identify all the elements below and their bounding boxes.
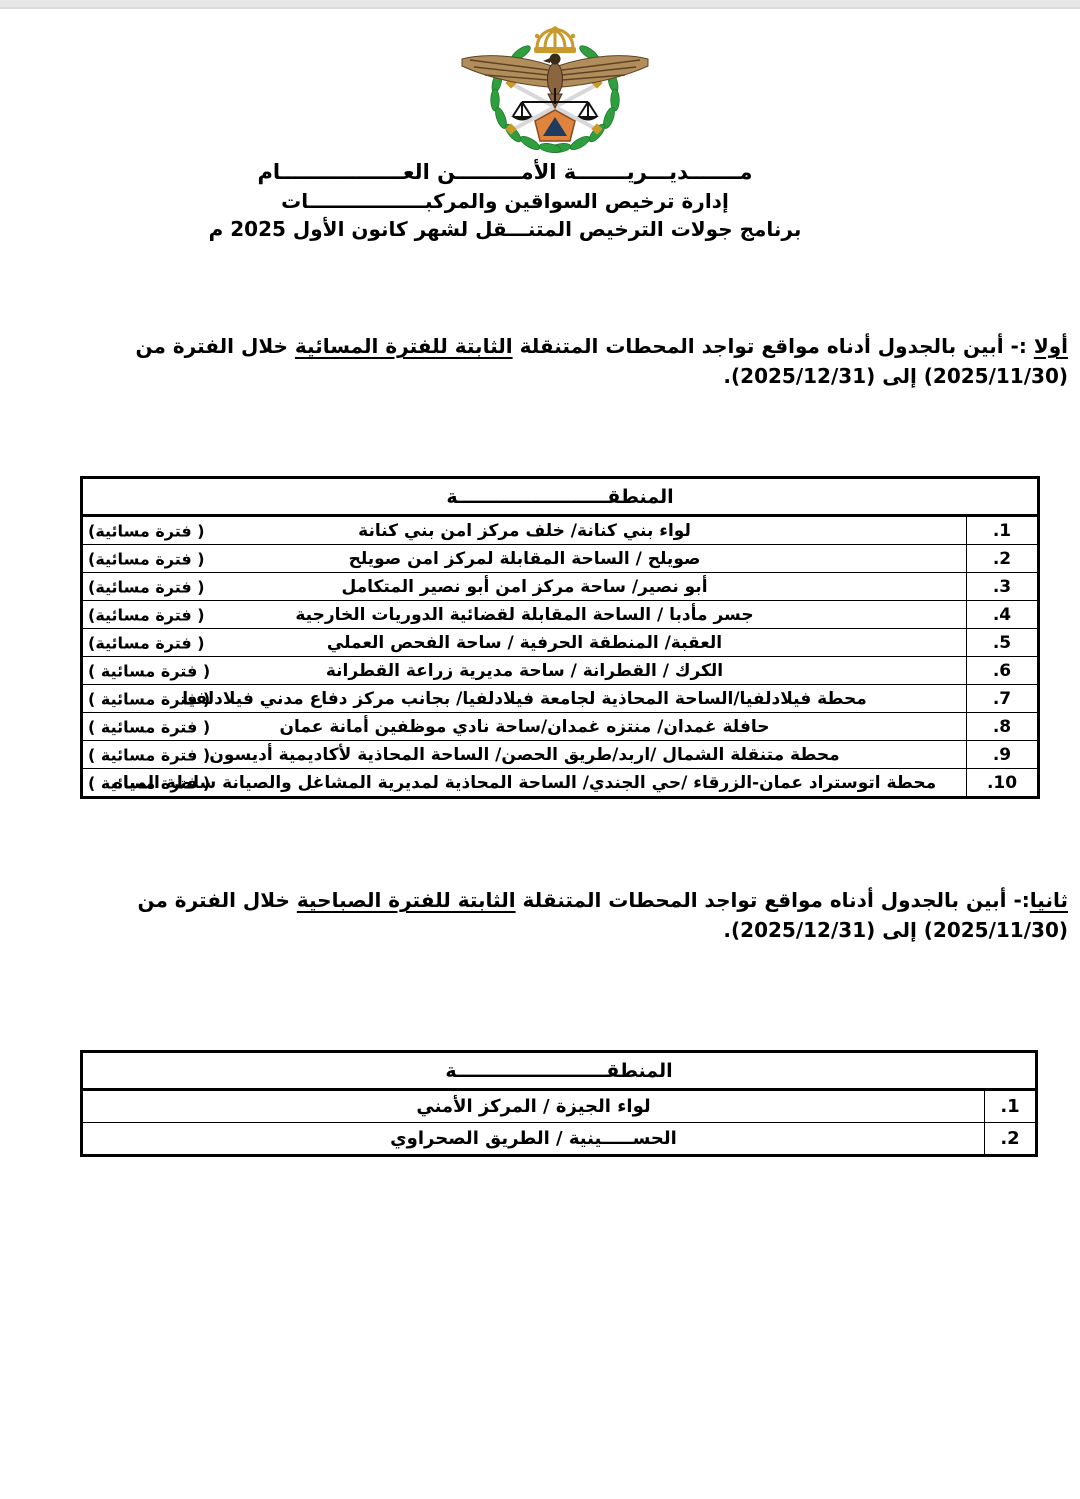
period-label: ( فترة مسائية) — [88, 605, 205, 624]
region-cell: صويلح / الساحة المقابلة لمركز امن صويلح(… — [82, 545, 967, 573]
region-cell: حافلة غمدان/ منتزه غمدان/ساحة نادي موظفي… — [82, 713, 967, 741]
evening-stations-table: المنطقـــــــــــــــــــــــة .1 لواء ب… — [80, 476, 1040, 799]
row-number: .2 — [985, 1123, 1037, 1156]
table-row: .4 جسر مأدبا / الساحة المقابلة لقضائية ا… — [82, 601, 1039, 629]
scan-top-edge — [0, 0, 1080, 9]
period-label: ( فترة مسائية) — [88, 521, 205, 540]
table-row: .6 الكرك / القطرانة / ساحة مديرية زراعة … — [82, 657, 1039, 685]
region-cell: الحســـــينية / الطريق الصحراوي — [82, 1123, 985, 1156]
table-row: .8 حافلة غمدان/ منتزه غمدان/ساحة نادي مو… — [82, 713, 1039, 741]
row-number: .3 — [967, 573, 1039, 601]
row-number: .10 — [967, 769, 1039, 798]
period-label: ( فترة مسائية) — [88, 577, 205, 596]
period-label: ( فترة مسائية ) — [88, 717, 210, 736]
period-label: ( فترة مسائية) — [88, 549, 205, 568]
period-label: ( فترة مسائية ) — [88, 773, 210, 792]
psd-emblem-icon — [450, 26, 660, 156]
intro-text-before: أبين بالجدول أدناه مواقع تواجد المحطات ا… — [513, 334, 1004, 358]
section-morning-heading: ثانيا — [1030, 888, 1068, 912]
document-header: مـــــــديـــريـــــــة الأمـــــــــن ا… — [0, 158, 1010, 243]
period-label: ( فترة مسائية) — [88, 633, 205, 652]
row-number: .9 — [967, 741, 1039, 769]
table-header-row: المنطقـــــــــــــــــــــــة — [82, 478, 1039, 516]
region-cell: محطة اتوستراد عمان-الزرقاء /حي الجندي/ ا… — [82, 769, 967, 798]
region-text: أبو نصير/ ساحة مركز امن أبو نصير المتكام… — [341, 577, 707, 597]
region-cell: جسر مأدبا / الساحة المقابلة لقضائية الدو… — [82, 601, 967, 629]
region-cell: محطة متنقلة الشمال /اربد/طريق الحصن/ الس… — [82, 741, 967, 769]
row-number: .8 — [967, 713, 1039, 741]
region-column-header: المنطقـــــــــــــــــــــــة — [82, 1052, 1037, 1090]
region-text: لواء بني كنانة/ خلف مركز امن بني كنانة — [358, 521, 691, 541]
intro-text-before: أبين بالجدول أدناه مواقع تواجد المحطات ا… — [516, 888, 1007, 912]
heading-separator: :- — [1007, 888, 1030, 912]
region-text: حافلة غمدان/ منتزه غمدان/ساحة نادي موظفي… — [280, 717, 770, 737]
row-number: .7 — [967, 685, 1039, 713]
table-row: .5 العقبة/ المنطقة الحرفية / ساحة الفحص … — [82, 629, 1039, 657]
row-number: .6 — [967, 657, 1039, 685]
header-program-line: برنامج جولات الترخيص المتنـــقل لشهر كان… — [0, 215, 1010, 243]
region-cell: أبو نصير/ ساحة مركز امن أبو نصير المتكام… — [82, 573, 967, 601]
region-text: لواء الجيزة / المركز الأمني — [416, 1096, 650, 1117]
region-text: العقبة/ المنطقة الحرفية / ساحة الفحص الع… — [327, 633, 722, 653]
intro-underlined-phrase: الثابتة للفترة الصباحية — [297, 888, 516, 912]
period-label: ( فترة مسائية ) — [88, 689, 210, 708]
section-evening-heading: أولا — [1034, 334, 1068, 358]
period-label: ( فترة مسائية ) — [88, 661, 210, 680]
table-header-row: المنطقـــــــــــــــــــــــة — [82, 1052, 1037, 1090]
table-row: .2 صويلح / الساحة المقابلة لمركز امن صوي… — [82, 545, 1039, 573]
table-row: .10 محطة اتوستراد عمان-الزرقاء /حي الجند… — [82, 769, 1039, 798]
section-morning-intro: ثانيا:- أبين بالجدول أدناه مواقع تواجد ا… — [60, 885, 1068, 945]
region-cell: محطة فيلادلفيا/الساحة المحاذية لجامعة في… — [82, 685, 967, 713]
table-row: .2 الحســـــينية / الطريق الصحراوي — [82, 1123, 1037, 1156]
table-row: .7 محطة فيلادلفيا/الساحة المحاذية لجامعة… — [82, 685, 1039, 713]
region-text: محطة اتوستراد عمان-الزرقاء /حي الجندي/ ا… — [113, 773, 936, 793]
table-row: .1 لواء بني كنانة/ خلف مركز امن بني كنان… — [82, 516, 1039, 545]
morning-stations-table: المنطقـــــــــــــــــــــــة .1 لواء ا… — [80, 1050, 1038, 1157]
row-number: .1 — [967, 516, 1039, 545]
region-text: محطة فيلادلفيا/الساحة المحاذية لجامعة في… — [182, 689, 867, 709]
region-text: الحســـــينية / الطريق الصحراوي — [390, 1128, 677, 1149]
region-text: محطة متنقلة الشمال /اربد/طريق الحصن/ الس… — [209, 745, 839, 765]
table-row: .3 أبو نصير/ ساحة مركز امن أبو نصير المت… — [82, 573, 1039, 601]
heading-separator: :- — [1004, 334, 1034, 358]
row-number: .1 — [985, 1090, 1037, 1123]
table-row: .1 لواء الجيزة / المركز الأمني — [82, 1090, 1037, 1123]
intro-underlined-phrase: الثابتة للفترة المسائية — [295, 334, 513, 358]
row-number: .2 — [967, 545, 1039, 573]
header-department-line: إدارة ترخيص السواقين والمركبــــــــــــ… — [0, 187, 1010, 215]
row-number: .5 — [967, 629, 1039, 657]
region-cell: لواء الجيزة / المركز الأمني — [82, 1090, 985, 1123]
region-cell: العقبة/ المنطقة الحرفية / ساحة الفحص الع… — [82, 629, 967, 657]
region-cell: الكرك / القطرانة / ساحة مديرية زراعة الق… — [82, 657, 967, 685]
region-cell: لواء بني كنانة/ خلف مركز امن بني كنانة( … — [82, 516, 967, 545]
row-number: .4 — [967, 601, 1039, 629]
region-text: صويلح / الساحة المقابلة لمركز امن صويلح — [349, 549, 701, 569]
region-column-header: المنطقـــــــــــــــــــــــة — [82, 478, 1039, 516]
period-label: ( فترة مسائية ) — [88, 745, 210, 764]
document-page: { "page": { "background": "#ffffff", "to… — [0, 0, 1080, 1499]
header-directorate-line: مـــــــديـــريـــــــة الأمـــــــــن ا… — [0, 158, 1010, 187]
table-row: .9 محطة متنقلة الشمال /اربد/طريق الحصن/ … — [82, 741, 1039, 769]
region-text: الكرك / القطرانة / ساحة مديرية زراعة الق… — [326, 661, 723, 681]
crown-icon — [537, 29, 573, 48]
section-evening-intro: أولا :- أبين بالجدول أدناه مواقع تواجد ا… — [60, 331, 1068, 391]
region-text: جسر مأدبا / الساحة المقابلة لقضائية الدو… — [295, 605, 753, 625]
